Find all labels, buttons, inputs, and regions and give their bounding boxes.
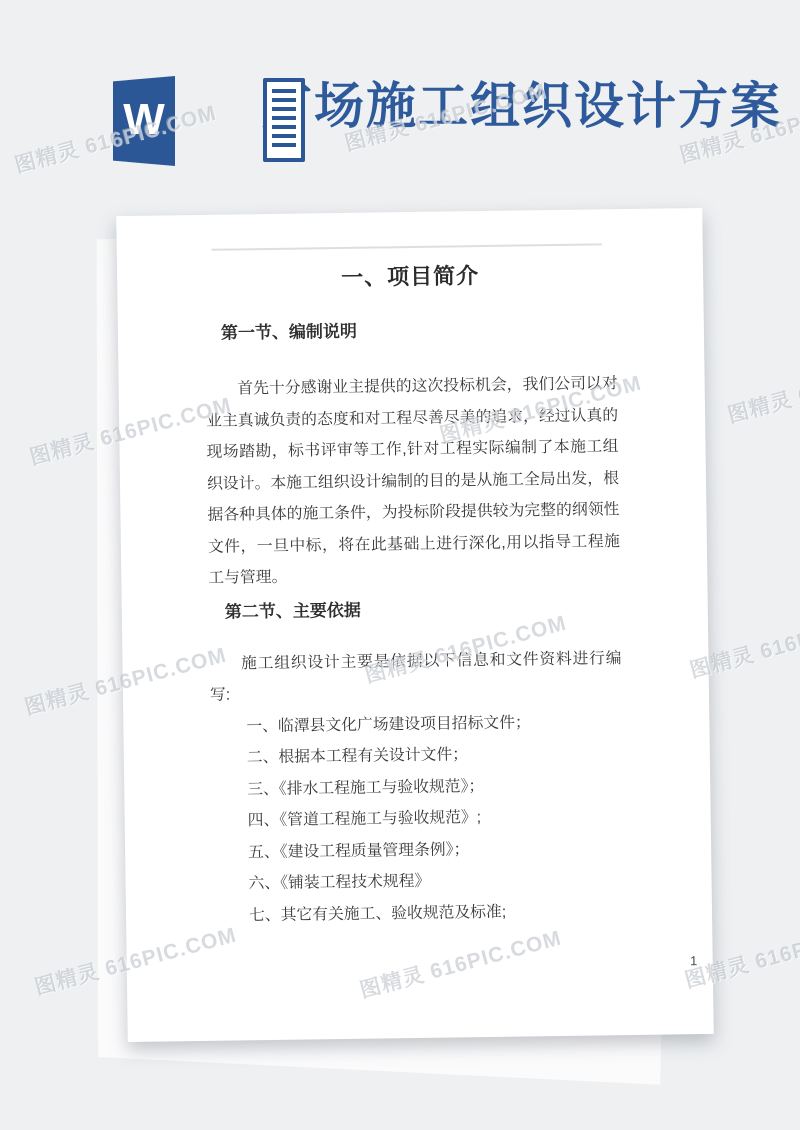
section-heading-2: 第二节、主要依据	[209, 595, 621, 625]
sheet-line	[272, 107, 296, 111]
list-item: 三、《排水工程施工与验收规范》；	[247, 769, 623, 806]
document-title: 一、项目简介	[204, 258, 616, 296]
list-item: 四、《管道工程施工与验收规范》;	[248, 800, 624, 837]
section-heading-1: 第一节、编制说明	[205, 316, 617, 346]
sheet-line	[272, 134, 296, 138]
list-item: 六、《铺装工程技术规程》	[248, 863, 624, 900]
word-document-sheet-icon	[263, 78, 305, 162]
page-title: 广场施工组织设计方案	[262, 70, 800, 142]
header-divider	[212, 243, 602, 250]
sheet-line	[272, 125, 296, 129]
document-content: 一、项目简介 第一节、编制说明 首先十分感谢业主提供的这次投标机会，我们公司以对…	[203, 209, 626, 1041]
sheet-line	[272, 116, 296, 120]
list-item: 二、根据本工程有关设计文件；	[247, 737, 623, 774]
screenshot-canvas: W 广场施工组织设计方案 一、项目简介 第一节、编制说明 首先十分感谢业主提供的…	[0, 0, 800, 1130]
document-page: 一、项目简介 第一节、编制说明 首先十分感谢业主提供的这次投标机会，我们公司以对…	[116, 208, 713, 1042]
reference-list: 一、临潭县文化广场建设项目招标文件； 二、根据本工程有关设计文件； 三、《排水工…	[210, 706, 625, 932]
sheet-line	[272, 98, 296, 102]
page-number: 1	[684, 953, 704, 968]
section-paragraph-1: 首先十分感谢业主提供的这次投标机会，我们公司以对业主真诚负责的态度和对工程尽善尽…	[205, 368, 620, 594]
header: W 广场施工组织设计方案	[0, 0, 800, 190]
watermark-text: 图精灵 616PIC.COM	[724, 347, 800, 430]
section-paragraph-2: 施工组织设计主要是依据以下信息和文件资料进行编写:	[209, 643, 622, 712]
word-icon-letter: W	[123, 98, 165, 142]
list-item: 七、其它有关施工、验收规范及标准;	[249, 895, 625, 932]
word-flag-icon: W	[113, 76, 175, 166]
list-item: 一、临潭县文化广场建设项目招标文件；	[246, 706, 622, 743]
list-item: 五、《建设工程质量管理条例》；	[248, 832, 624, 869]
sheet-line	[272, 89, 296, 93]
sheet-line	[272, 143, 296, 147]
word-icon: W	[95, 65, 220, 170]
